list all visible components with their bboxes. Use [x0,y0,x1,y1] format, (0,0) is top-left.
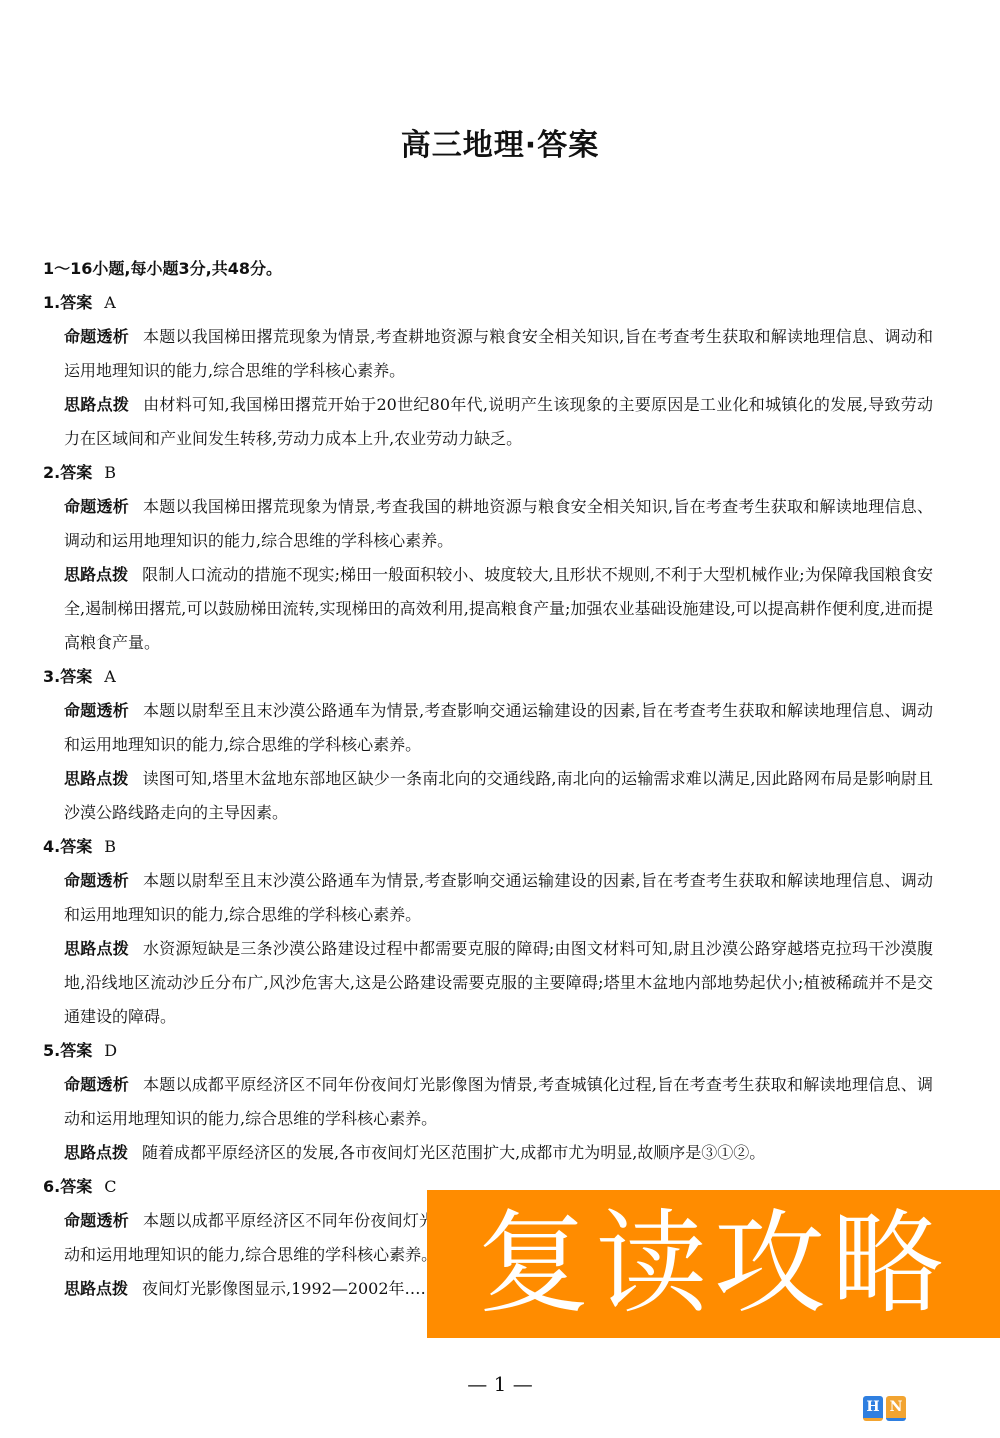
analysis-paragraph: 命题透析本题以成都平原经济区不同年份夜间灯光影像图为情景,考查城镇化过程,旨在考… [43,1068,933,1136]
question-2: 2.答案B 命题透析本题以我国梯田撂荒现象为情景,考查我国的耕地资源与粮食安全相… [43,456,933,660]
answer-value: A [104,293,116,312]
question-number: 3. [43,667,60,686]
analysis-label: 命题透析 [64,1211,129,1230]
hn-logo-icon: H N [863,1396,906,1421]
question-3: 3.答案A 命题透析本题以尉犁至且末沙漠公路通车为情景,考查影响交通运输建设的因… [43,660,933,830]
question-header: 3.答案A [43,660,933,694]
answer-label: 答案 [60,667,92,686]
analysis-paragraph: 命题透析本题以我国梯田撂荒现象为情景,考查我国的耕地资源与粮食安全相关知识,旨在… [43,490,933,558]
hint-label: 思路点拨 [64,939,129,958]
analysis-paragraph: 命题透析本题以尉犁至且末沙漠公路通车为情景,考查影响交通运输建设的因素,旨在考查… [43,864,933,932]
question-number: 2. [43,463,60,482]
hint-text: 读图可知,塔里木盆地东部地区缺少一条南北向的交通线路,南北向的运输需求难以满足,… [64,769,933,822]
analysis-text: 本题以成都平原经济区不同年份夜间灯光影像图为情景,考查城镇化过程,旨在考查考生获… [64,1075,933,1128]
hint-label: 思路点拨 [64,1279,128,1298]
hint-paragraph: 思路点拨水资源短缺是三条沙漠公路建设过程中都需要克服的障碍;由图文材料可知,尉且… [43,932,933,1034]
hint-label: 思路点拨 [64,565,128,584]
page-title: 高三地理·答案 [0,120,1000,164]
analysis-text: 本题以我国梯田撂荒现象为情景,考查我国的耕地资源与粮食安全相关知识,旨在考查考生… [64,497,933,550]
analysis-paragraph: 命题透析本题以我国梯田撂荒现象为情景,考查耕地资源与粮食安全相关知识,旨在考查考… [43,320,933,388]
hint-paragraph: 思路点拨由材料可知,我国梯田撂荒开始于20世纪80年代,说明产生该现象的主要原因… [43,388,933,456]
question-4: 4.答案B 命题透析本题以尉犁至且末沙漠公路通车为情景,考查影响交通运输建设的因… [43,830,933,1034]
hint-paragraph: 思路点拨读图可知,塔里木盆地东部地区缺少一条南北向的交通线路,南北向的运输需求难… [43,762,933,830]
question-header: 1.答案A [43,286,933,320]
analysis-text: 本题以我国梯田撂荒现象为情景,考查耕地资源与粮食安全相关知识,旨在考查考生获取和… [64,327,933,380]
logo-n: N [886,1396,906,1421]
hint-text: 由材料可知,我国梯田撂荒开始于20世纪80年代,说明产生该现象的主要原因是工业化… [64,395,933,448]
analysis-label: 命题透析 [64,701,129,720]
answer-content: 1～16小题,每小题3分,共48分。 1.答案A 命题透析本题以我国梯田撂荒现象… [43,252,933,1306]
hint-text: 随着成都平原经济区的发展,各市夜间灯光区范围扩大,成都市尤为明显,故顺序是③①②… [142,1143,765,1162]
hint-paragraph: 思路点拨限制人口流动的措施不现实;梯田一般面积较小、坡度较大,且形状不规则,不利… [43,558,933,660]
analysis-label: 命题透析 [64,497,129,516]
analysis-label: 命题透析 [64,871,129,890]
hint-paragraph: 思路点拨随着成都平原经济区的发展,各市夜间灯光区范围扩大,成都市尤为明显,故顺序… [43,1136,933,1170]
answer-label: 答案 [60,463,92,482]
question-number: 1. [43,293,60,312]
question-number: 5. [43,1041,60,1060]
analysis-text: 本题以尉犁至且末沙漠公路通车为情景,考查影响交通运输建设的因素,旨在考查考生获取… [64,871,933,924]
answer-value: A [104,667,116,686]
watermark-banner: 复读攻略 [427,1190,1000,1338]
question-number: 4. [43,837,60,856]
analysis-paragraph: 命题透析本题以尉犁至且末沙漠公路通车为情景,考查影响交通运输建设的因素,旨在考查… [43,694,933,762]
hint-label: 思路点拨 [64,1143,128,1162]
hint-label: 思路点拨 [64,395,129,414]
question-1: 1.答案A 命题透析本题以我国梯田撂荒现象为情景,考查耕地资源与粮食安全相关知识… [43,286,933,456]
page-number: — 1 — [0,1372,1000,1396]
answer-label: 答案 [60,293,92,312]
watermark-text: 复读攻略 [478,1208,950,1320]
answer-label: 答案 [60,1041,92,1060]
question-5: 5.答案D 命题透析本题以成都平原经济区不同年份夜间灯光影像图为情景,考查城镇化… [43,1034,933,1170]
question-header: 5.答案D [43,1034,933,1068]
hint-text: 限制人口流动的措施不现实;梯田一般面积较小、坡度较大,且形状不规则,不利于大型机… [64,565,933,652]
analysis-label: 命题透析 [64,327,129,346]
question-number: 6. [43,1177,60,1196]
question-header: 4.答案B [43,830,933,864]
answer-label: 答案 [60,837,92,856]
question-header: 2.答案B [43,456,933,490]
answer-value: D [104,1041,117,1060]
analysis-label: 命题透析 [64,1075,129,1094]
logo-h: H [863,1396,883,1421]
answer-label: 答案 [60,1177,92,1196]
hint-text: 水资源短缺是三条沙漠公路建设过程中都需要克服的障碍;由图文材料可知,尉且沙漠公路… [64,939,933,1026]
answer-value: C [104,1177,116,1196]
answer-value: B [104,837,116,856]
analysis-text: 本题以尉犁至且末沙漠公路通车为情景,考查影响交通运输建设的因素,旨在考查考生获取… [64,701,933,754]
answer-value: B [104,463,116,482]
hint-label: 思路点拨 [64,769,129,788]
section-intro: 1～16小题,每小题3分,共48分。 [43,252,933,286]
